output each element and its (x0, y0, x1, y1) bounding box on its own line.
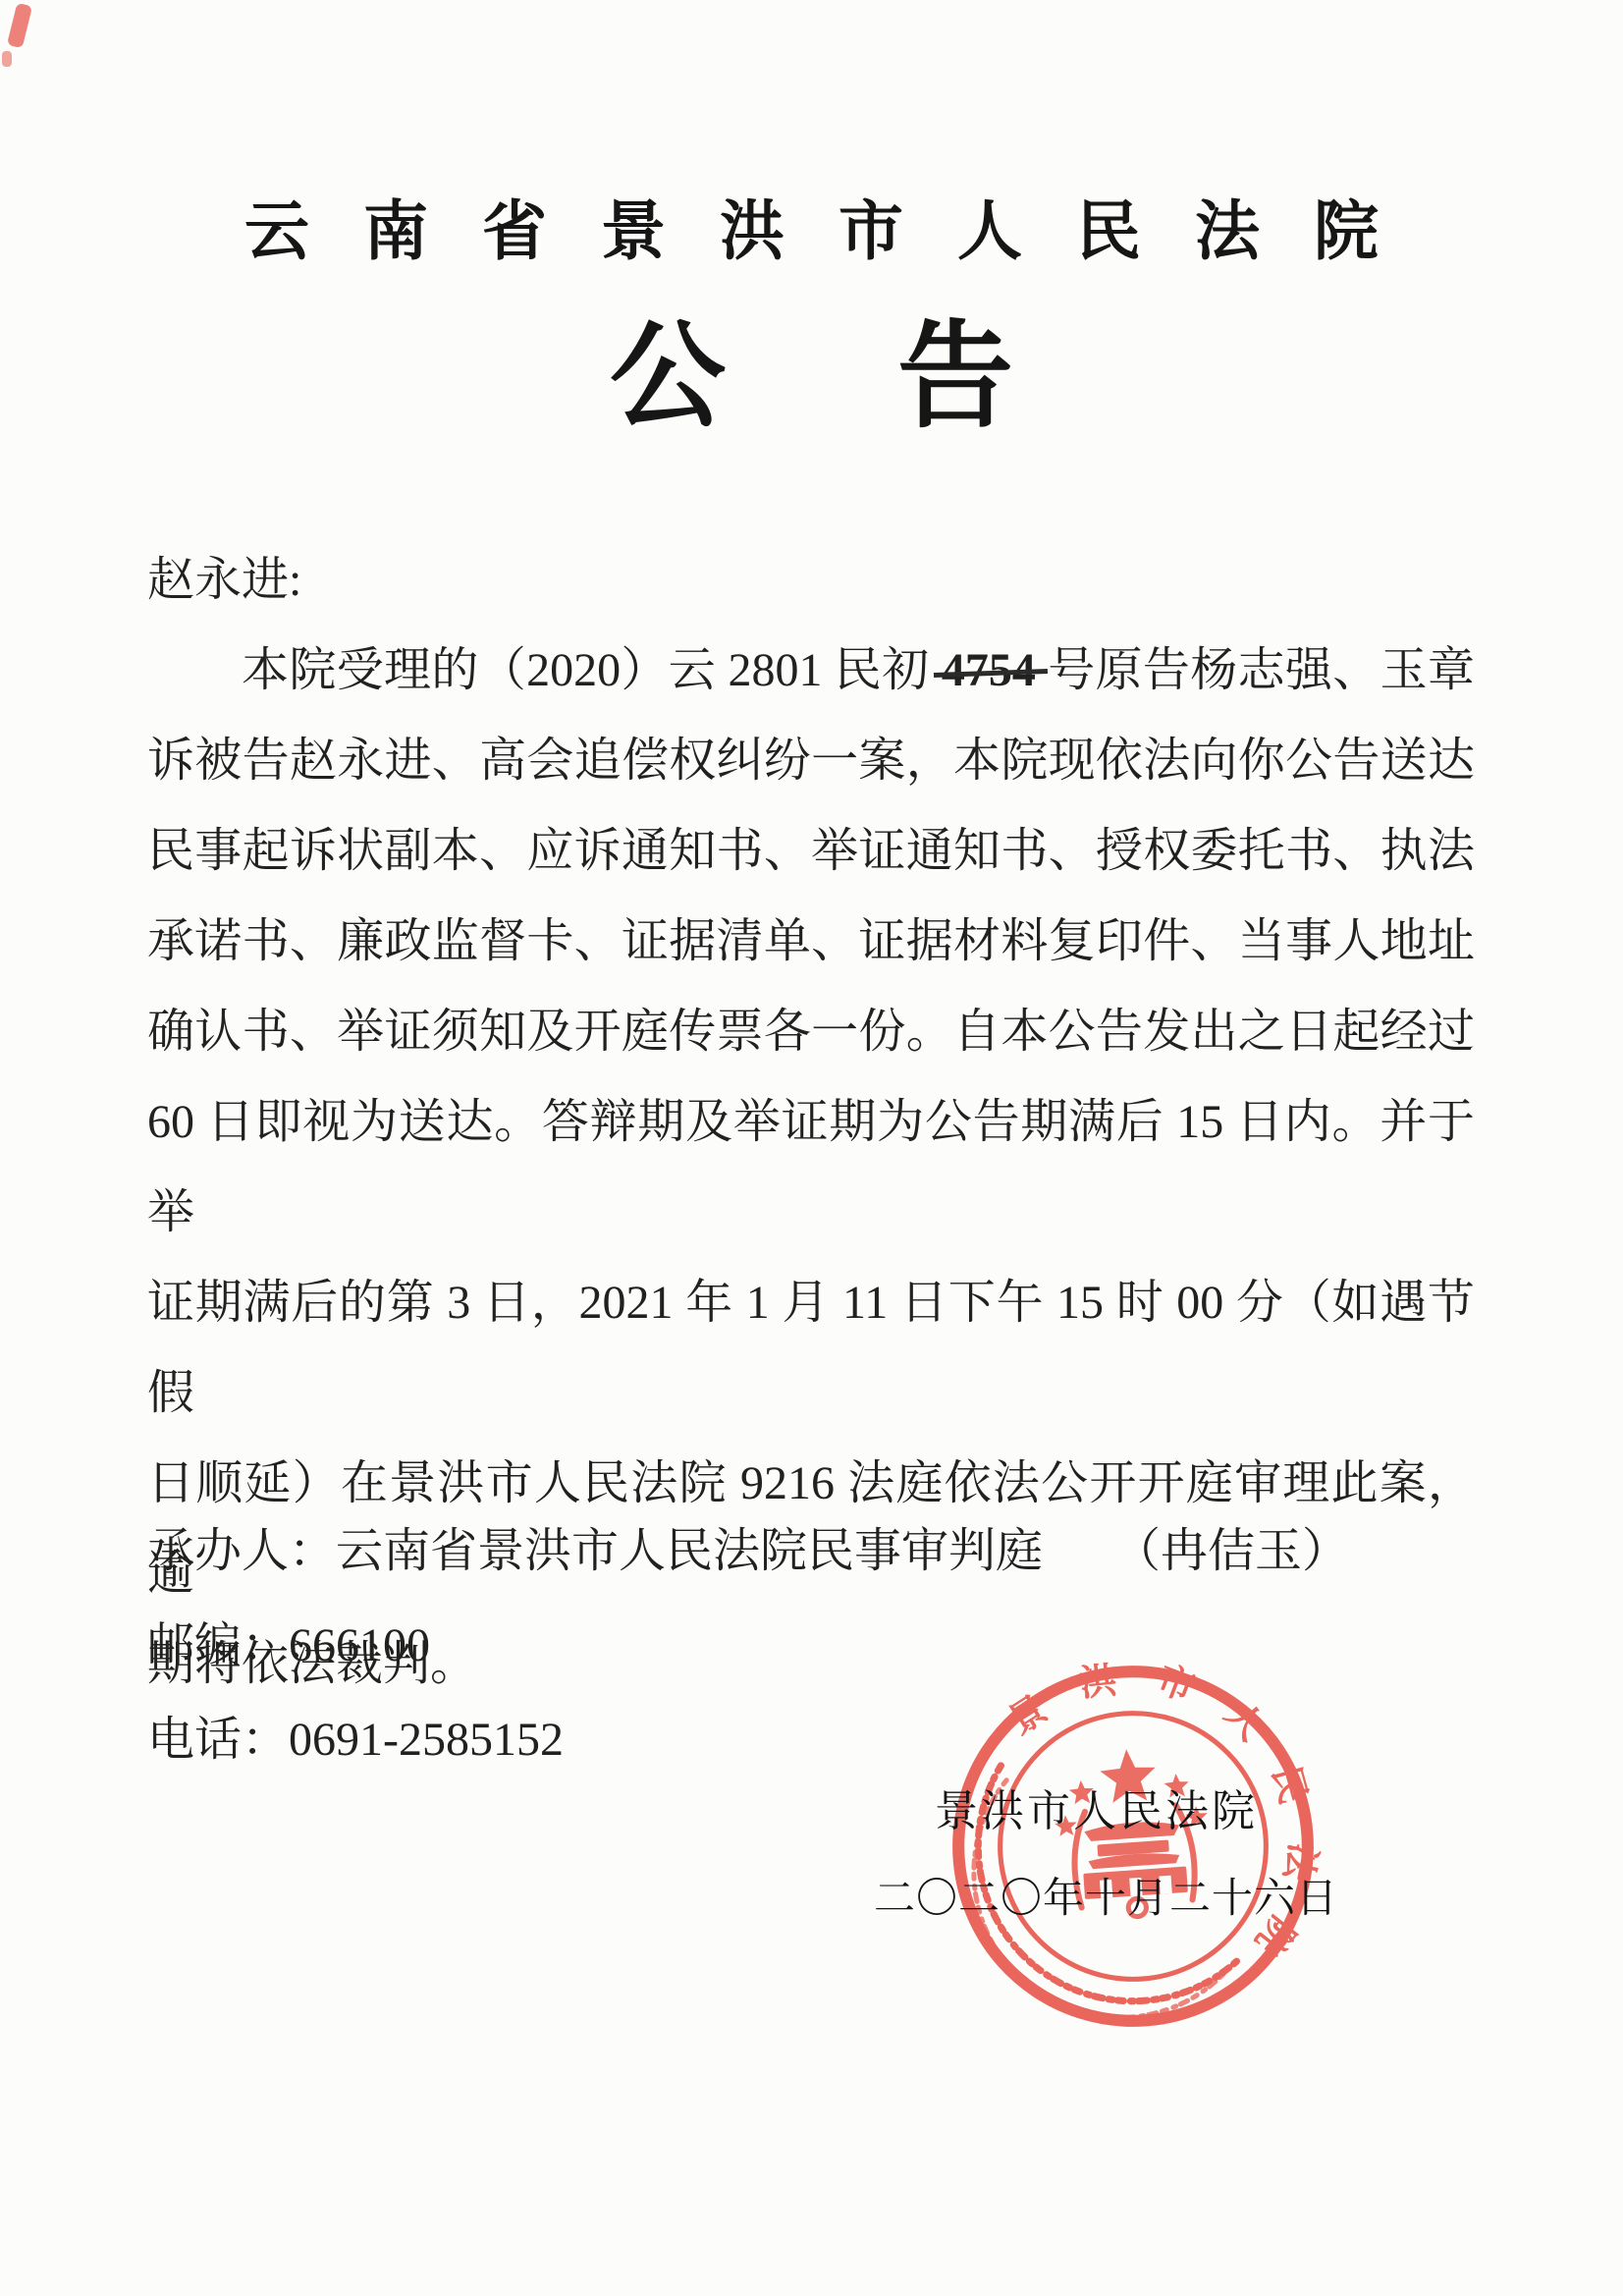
court-name-heading: 云南省景洪市人民法院 (0, 179, 1623, 272)
court-seal: 景洪市人民法院 (941, 1654, 1325, 2039)
body-line: 诉被告赵永进、高会追偿权纠纷一案，本院现依法向你公告送达 (147, 716, 1475, 806)
document-title: 公告 (0, 283, 1623, 450)
body-line: 60 日即视为送达。答辩期及举证期为公告期满后 15 日内。并于举 (147, 1077, 1475, 1258)
body-line-text: 号原告杨志强、玉章 (1036, 644, 1475, 696)
body-line: 本院受理的（2020）云 2801 民初 4754 号原告杨志强、玉章 (147, 626, 1475, 716)
body-line: 民事起诉状副本、应诉通知书、举证通知书、授权委托书、执法 (147, 806, 1475, 897)
signature-date: 二〇二〇年十月二十六日 (874, 1866, 1338, 1925)
red-ink-mark (7, 3, 32, 49)
body-line: 确认书、举证须知及开庭传票各一份。自本公告发出之日起经过 (147, 987, 1475, 1077)
body-line-text: 本院受理的（2020）云 2801 民初 (242, 644, 942, 696)
case-number: 4754 (942, 626, 1036, 716)
court-announcement-document: 云南省景洪市人民法院 公告 赵永进: 本院受理的（2020）云 2801 民初 … (0, 0, 1623, 2296)
handler-line: 承办人：云南省景洪市人民法院民事审判庭 （冉佶玉） (147, 1504, 1227, 1599)
red-ink-mark (2, 51, 12, 67)
body-line: 承诺书、廉政监督卡、证据清单、证据材料复印件、当事人地址 (147, 897, 1475, 987)
body-line: 证期满后的第 3 日，2021 年 1 月 11 日下午 15 时 00 分（如… (147, 1258, 1475, 1439)
salutation: 赵永进: (147, 535, 1475, 626)
signature-court-name: 景洪市人民法院 (935, 1776, 1258, 1838)
